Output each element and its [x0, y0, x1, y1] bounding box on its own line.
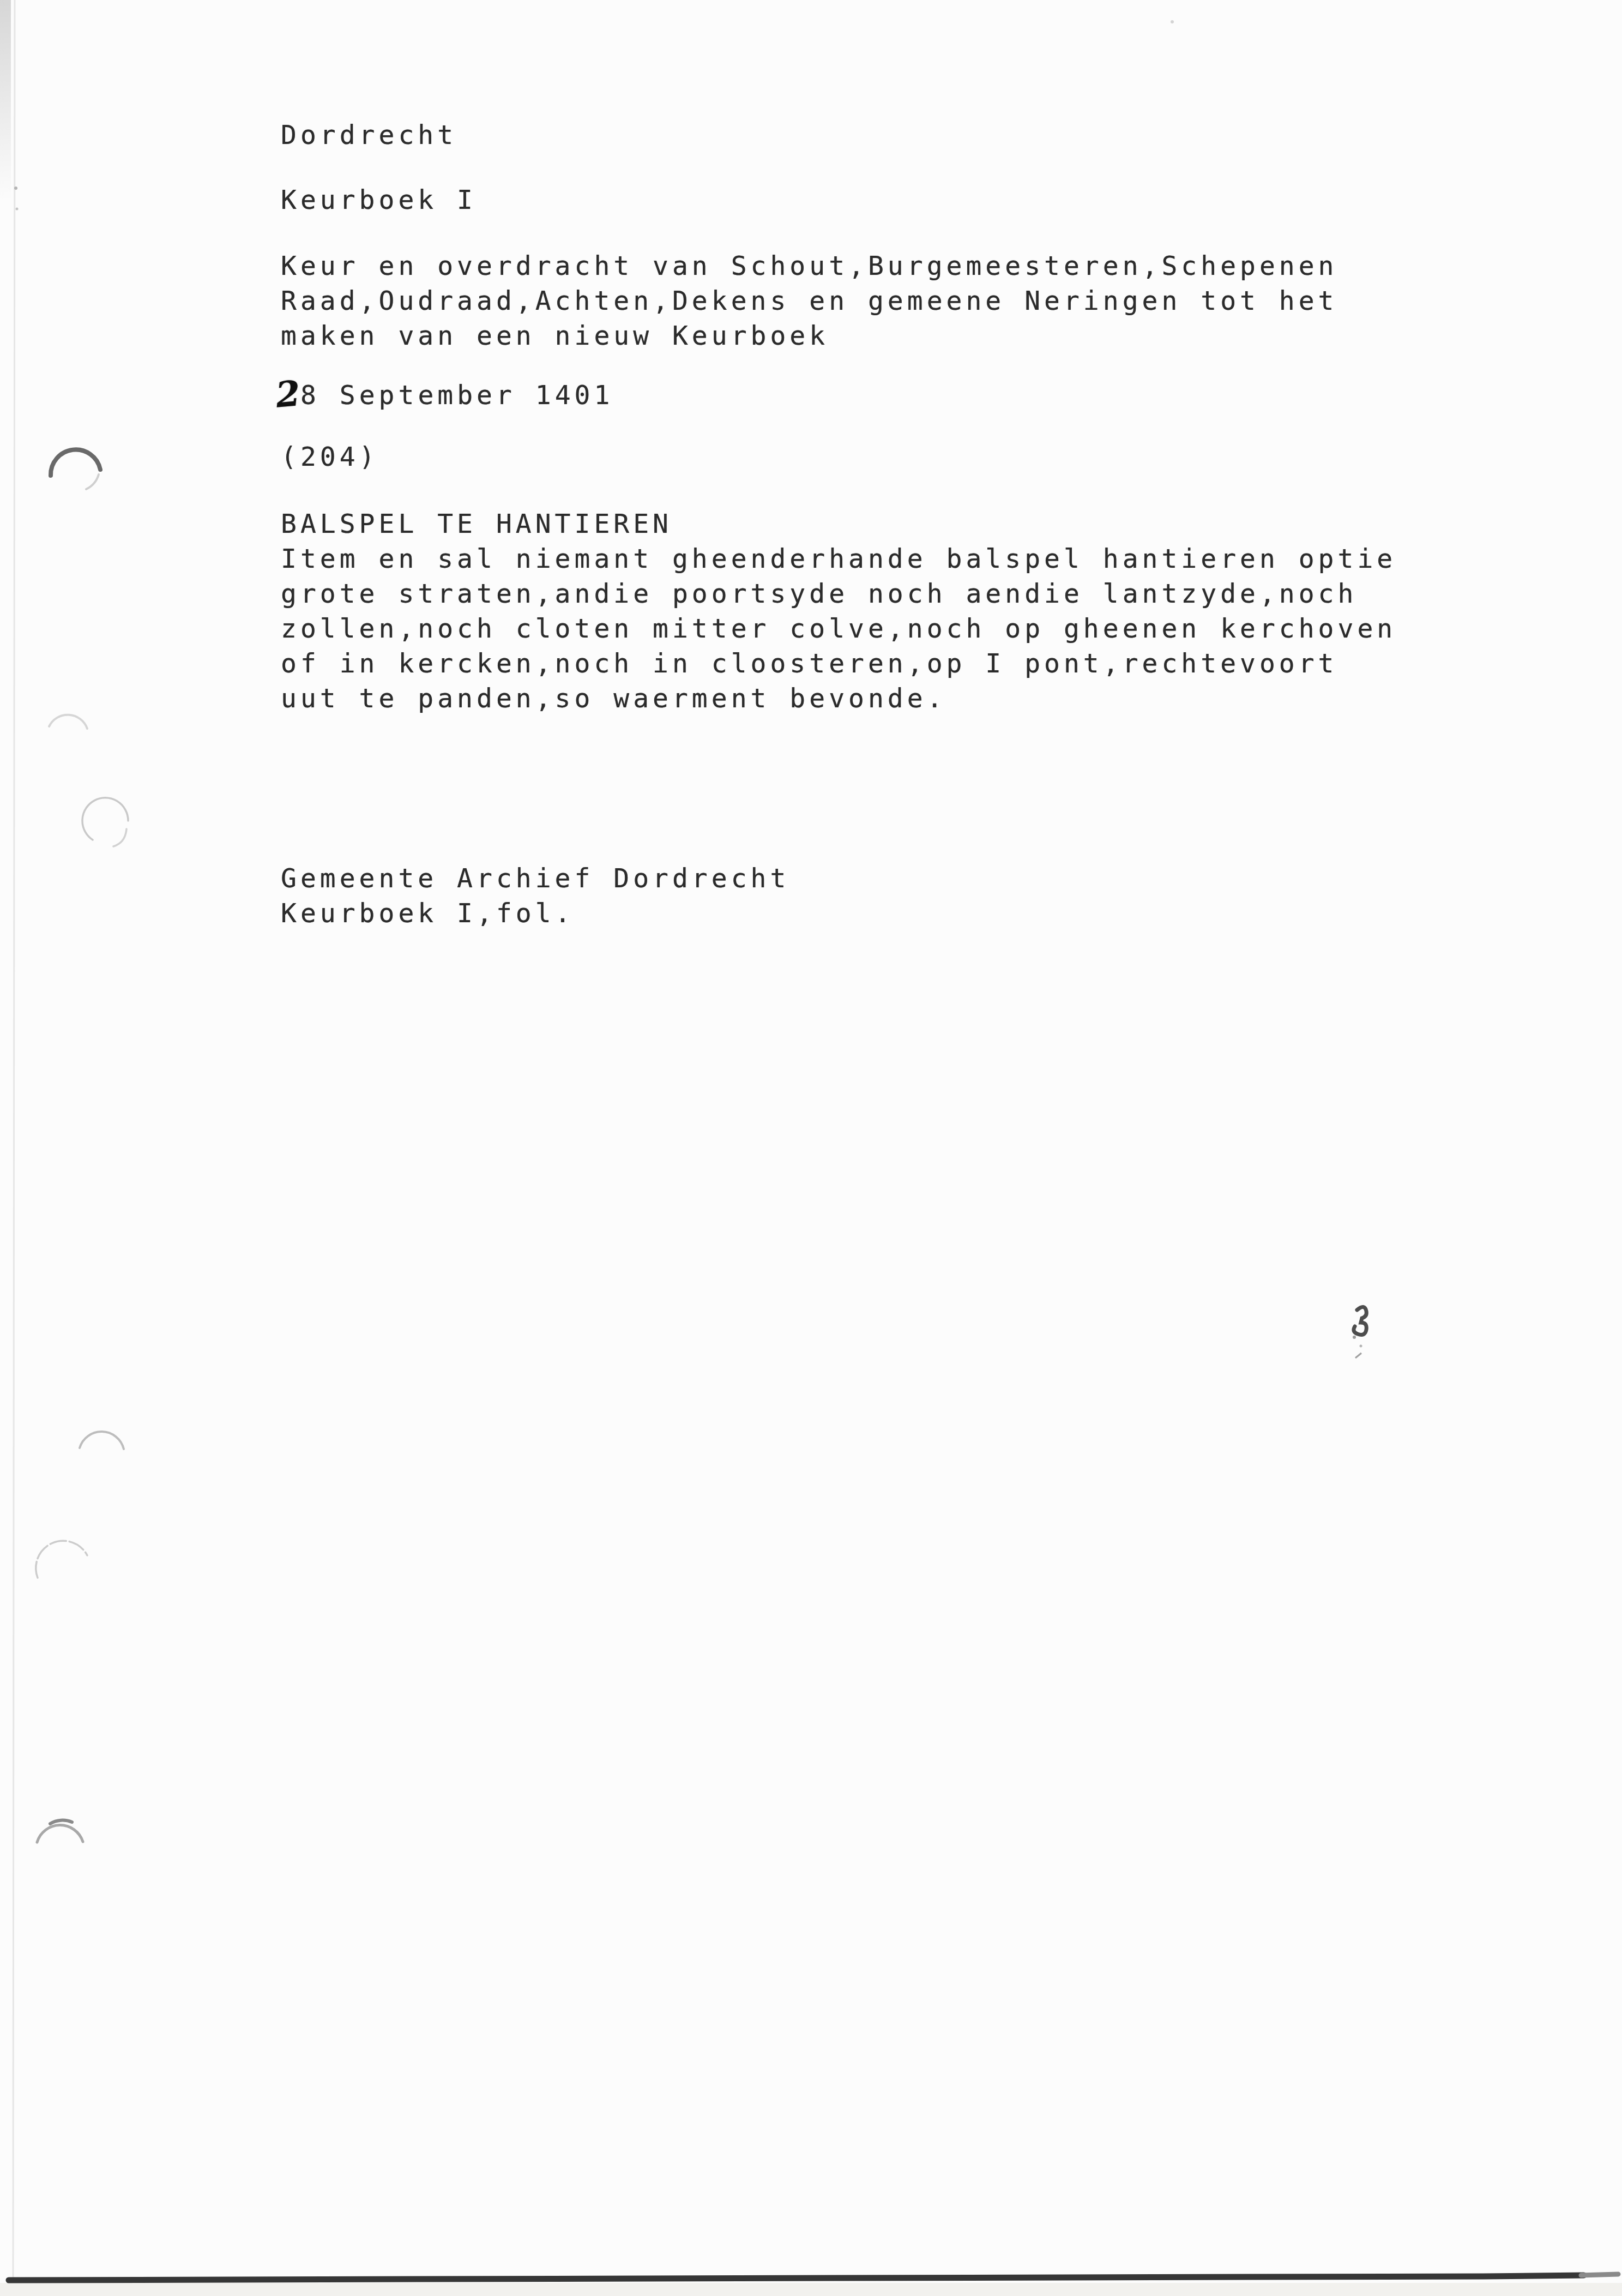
page-left-edge-shadow: [0, 0, 11, 202]
book-title-line: Keurboek I: [281, 183, 477, 218]
punch-hole-mark: [36, 1541, 87, 1578]
handwritten-digit: 2: [274, 376, 302, 413]
city-line: Dordrecht: [281, 118, 457, 153]
punch-hole-mark: [51, 449, 100, 476]
punch-hole-mark: [80, 1432, 124, 1449]
ink-speck: [1360, 1345, 1362, 1348]
punch-hole-mark: [37, 1825, 83, 1842]
source-block: Gemeente Archief Dordrecht Keurboek I,fo…: [281, 861, 789, 931]
ink-speck: [1355, 1353, 1361, 1358]
scanner-background-strip: [0, 2283, 1622, 2296]
law-heading: BALSPEL TE HANTIEREN: [281, 509, 672, 539]
heading-paragraph: Keur en overdracht van Schout,Burgemeest…: [281, 249, 1338, 353]
scanned-document-page: Dordrecht Keurboek I Keur en overdracht …: [0, 0, 1622, 2296]
law-paragraph: Item en sal niemant gheenderhande balspe…: [281, 544, 1396, 714]
ink-blot-mark: [1354, 1307, 1366, 1335]
dust-speck: [16, 208, 19, 211]
entry-number: (204): [281, 440, 379, 474]
page-bottom-edge-line-fade: [1581, 2274, 1618, 2275]
dust-speck: [1171, 20, 1174, 23]
punch-hole-mark: [82, 798, 128, 840]
punch-hole-mark: [86, 474, 99, 489]
punch-hole-mark: [113, 829, 126, 846]
page-bottom-edge-line: [9, 2275, 1584, 2280]
punch-hole-mark: [49, 715, 87, 729]
law-section: BALSPEL TE HANTIEREN Item en sal niemant…: [281, 507, 1396, 716]
date-line: 8 September 1401: [300, 378, 613, 413]
ink-speck: [1353, 1336, 1356, 1339]
punch-hole-mark: [50, 1820, 72, 1824]
page-left-edge-line: [13, 0, 15, 2279]
dust-speck: [14, 187, 17, 190]
